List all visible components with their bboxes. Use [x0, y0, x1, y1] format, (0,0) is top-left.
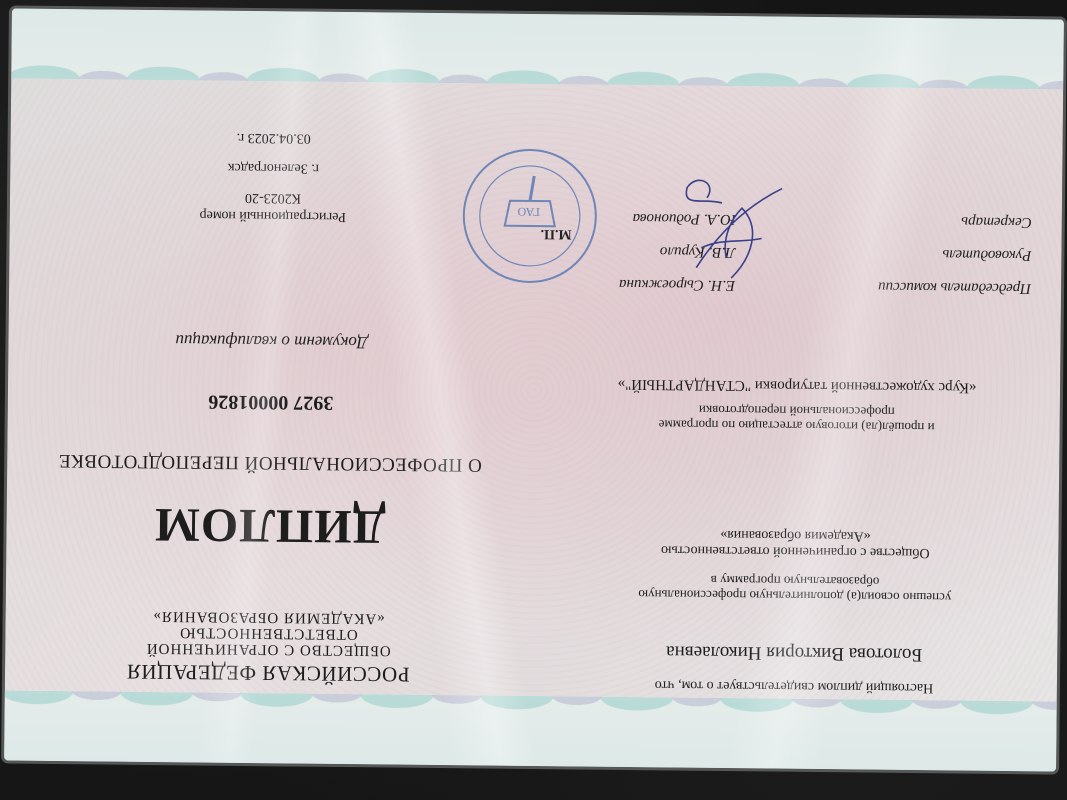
certification-intro: Настоящий диплом свидетельствует о том, … [531, 675, 1057, 697]
issue-city: г. Зеленоградск [10, 157, 536, 179]
signatory-role: Руководитель [801, 228, 1031, 263]
signatories-table: Председатель комиссии Е.Н. Сыроежкина Ру… [575, 192, 1032, 296]
holder-name: Болотова Виктория Николаевна [531, 639, 1057, 667]
diploma-document: Настоящий диплом свидетельствует о том, … [4, 9, 1064, 772]
signatory-row: Секретарь Ю.А. Родионова [576, 192, 1032, 230]
registration-label: Регистрационный номер [10, 205, 536, 227]
issue-date: 03.04.2023 г. [11, 127, 537, 149]
course-name: «Курс художественной татуировки "СТАНДАР… [534, 374, 1060, 397]
diploma-right-page: РОССИЙСКАЯ ФЕДЕРАЦИЯ ОБЩЕСТВО С ОГРАНИЧЕ… [4, 9, 538, 766]
signatory-role: Председатель комиссии [801, 261, 1031, 296]
diploma-left-page: Настоящий диплом свидетельствует о том, … [530, 14, 1064, 771]
document-type: Документ о квалификации [8, 328, 534, 354]
mastered-program-text: успешно освоил(а) дополнительную професс… [532, 571, 1058, 607]
diploma-number: 3927 00001826 [8, 387, 534, 416]
document-subtitle: О ПРОФЕССИОНАЛЬНОЙ ПЕРЕПОДГОТОВКЕ [7, 448, 533, 476]
issuing-organization: Обществе с ограниченной ответственностью… [532, 524, 1058, 562]
signatory-row: Председатель комиссии Е.Н. Сыроежкина [575, 258, 1031, 296]
document-title: ДИПЛОМ [6, 495, 533, 556]
organization-header: ОБЩЕСТВО С ОГРАНИЧЕННОЙ ОТВЕТСТВЕННОСТЬЮ… [5, 606, 531, 660]
signatory-role: Секретарь [802, 195, 1032, 230]
seal-placement-label: М.П. [540, 225, 571, 241]
country-header: РОССИЙСКАЯ ФЕДЕРАЦИЯ [5, 657, 531, 688]
attestation-text: и прошёл(ла) итоговую аттестацию по прог… [534, 401, 1060, 437]
handwritten-signature-icon [671, 167, 792, 298]
signatory-row: Руководитель Л.В. Курило [575, 225, 1031, 263]
